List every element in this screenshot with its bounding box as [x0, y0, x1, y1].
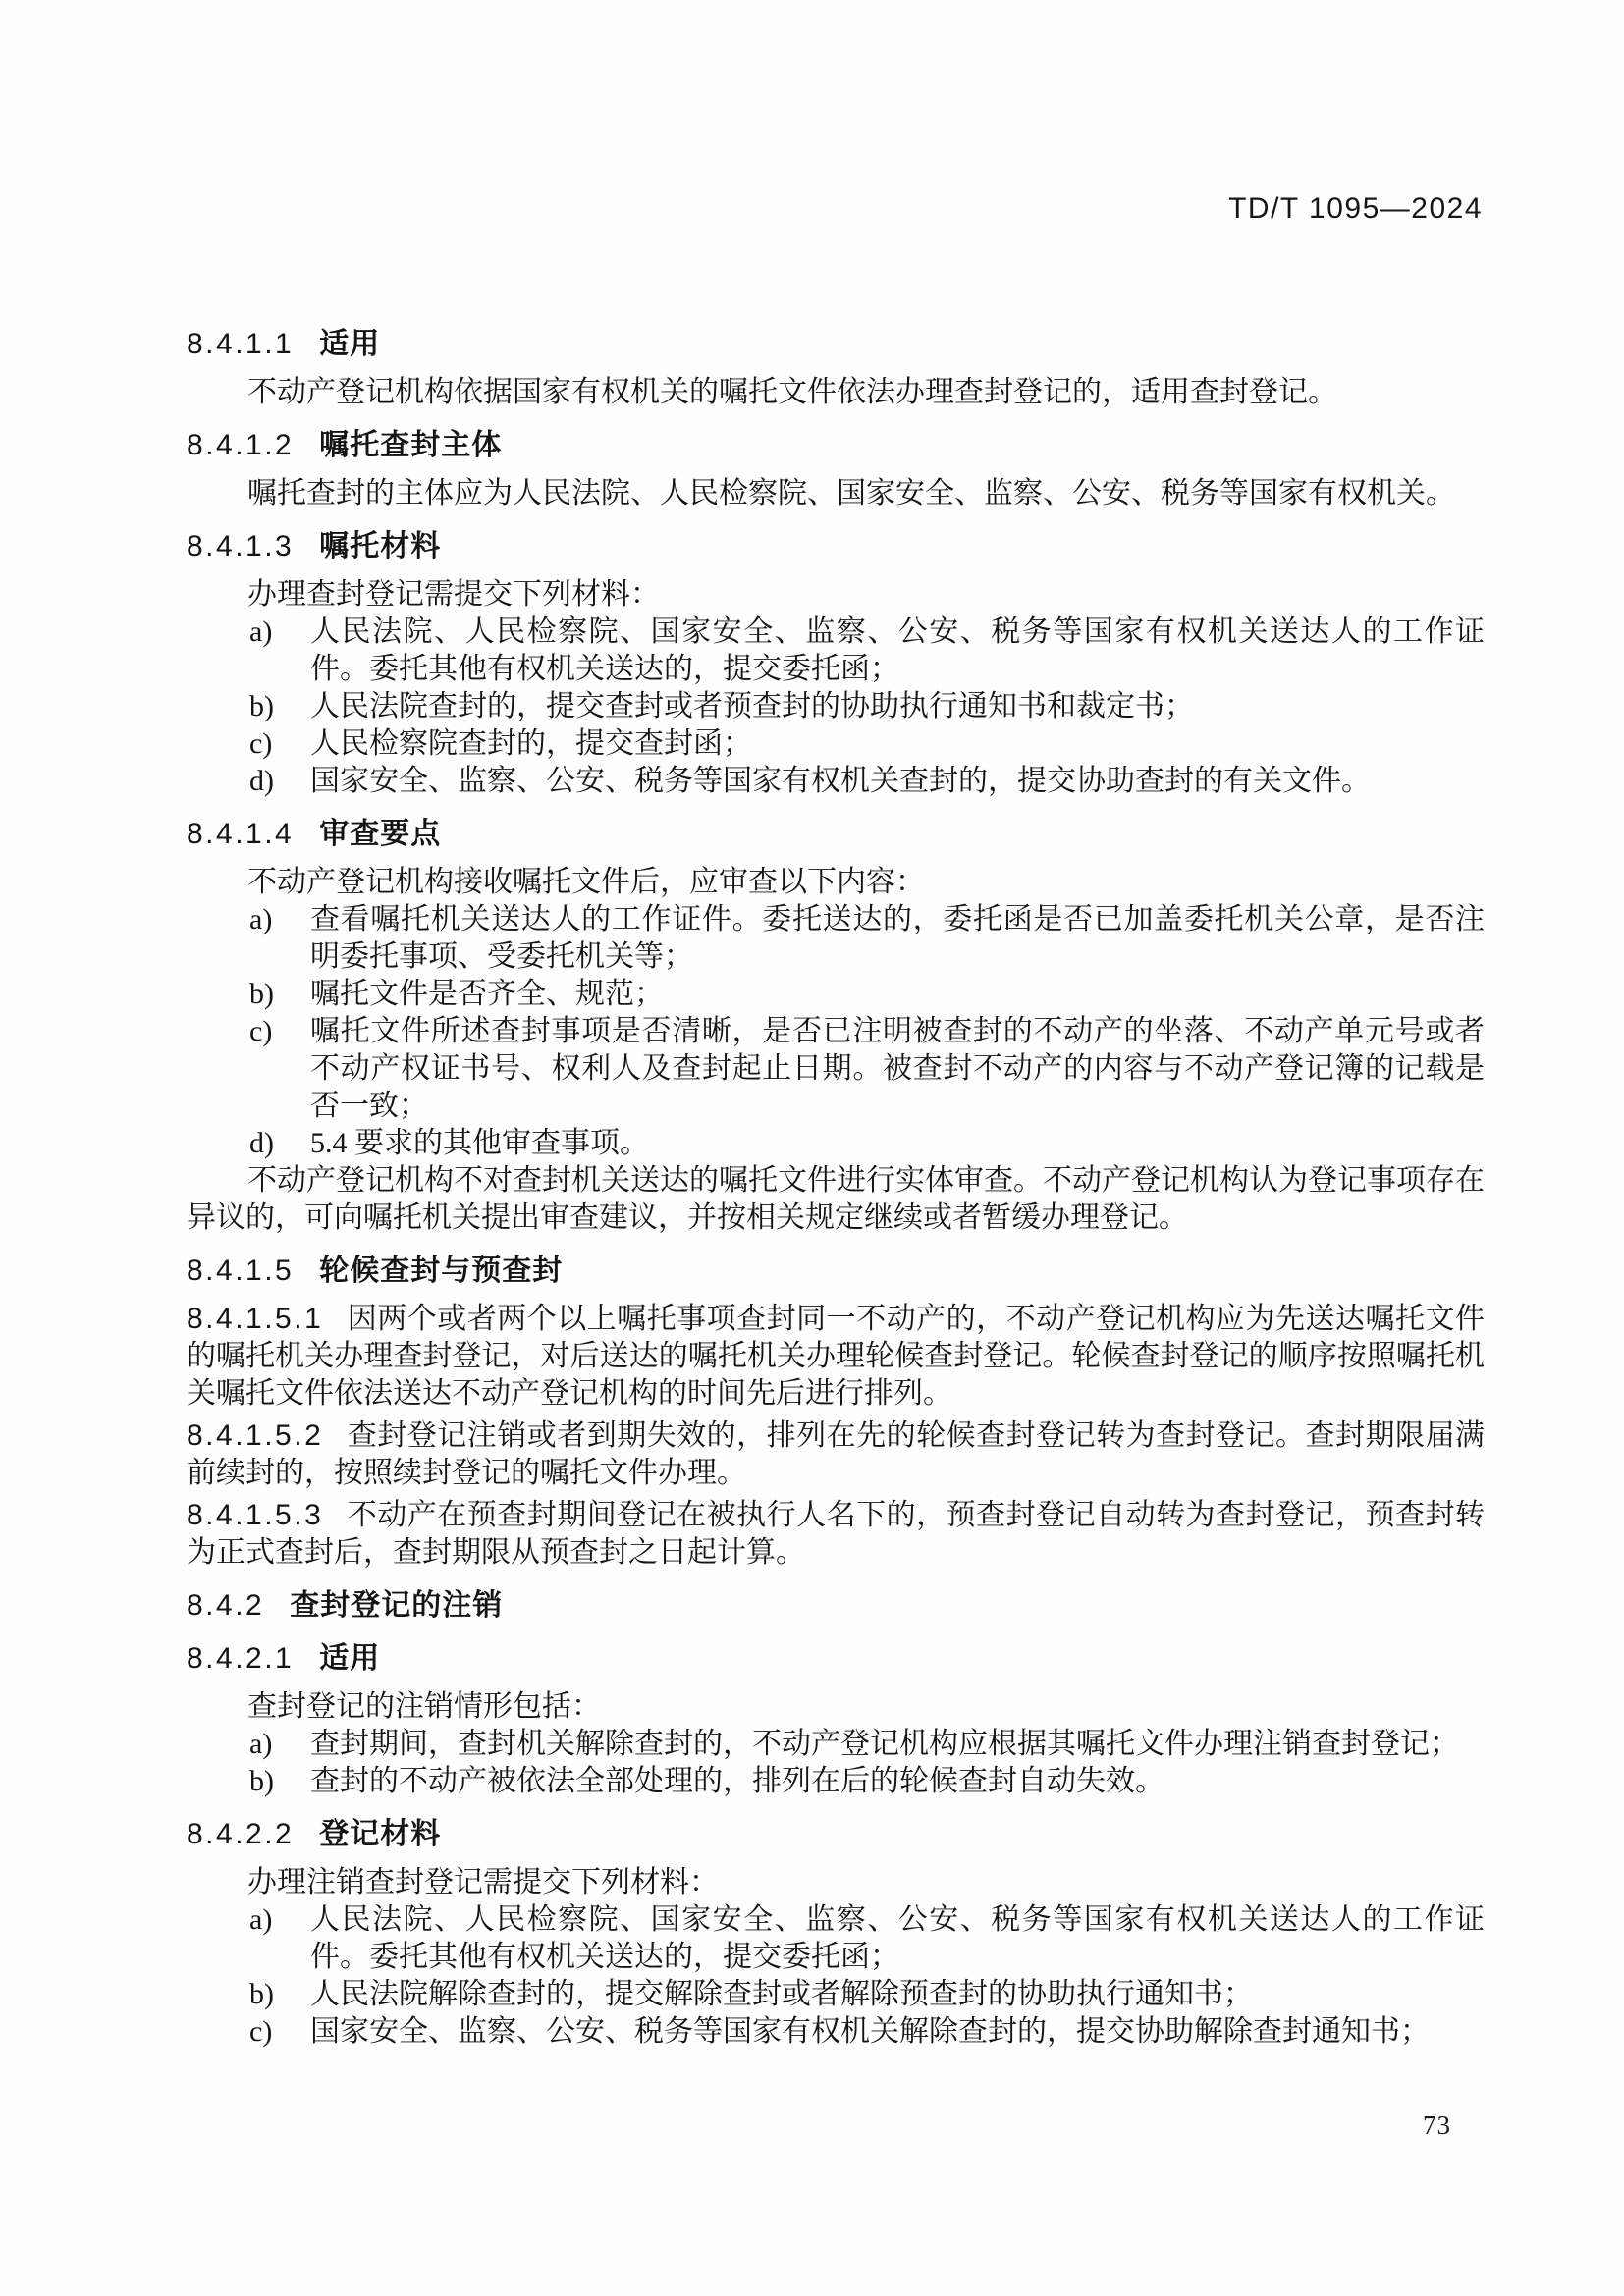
heading-8-4-2-2: 8.4.2.2登记材料 [187, 1816, 1485, 1853]
list-item-text: 人民检察院查封的，提交查封函； [310, 725, 1485, 763]
list-item-marker: a) [249, 1901, 310, 1976]
list-item-text: 人民法院查封的，提交查封或者预查封的协助执行通知书和裁定书； [310, 688, 1485, 725]
list-item-text: 人民法院解除查封的，提交解除查封或者解除预查封的协助执行通知书； [310, 1976, 1485, 2013]
clause-title: 查封登记的注销 [290, 1589, 503, 1622]
list-item-text: 5.4 要求的其他审查事项。 [310, 1125, 1485, 1162]
clause-number: 8.4.1.4 [187, 818, 294, 850]
list-item: c)嘱托文件所述查封事项是否清晰，是否已注明被查封的不动产的坐落、不动产单元号或… [249, 1013, 1485, 1125]
page-number: 73 [1423, 2110, 1451, 2141]
list-item-marker: d) [249, 763, 310, 800]
list-item: c)国家安全、监察、公安、税务等国家有权机关解除查封的，提交协助解除查封通知书； [249, 2013, 1485, 2051]
paragraph: 不动产登记机构依据国家有权机关的嘱托文件依法办理查封登记的，适用查封登记。 [187, 374, 1485, 411]
list-item-marker: b) [249, 1976, 310, 2013]
list-item: b)人民法院解除查封的，提交解除查封或者解除预查封的协助执行通知书； [249, 1976, 1485, 2013]
clause-text: 不动产在预查封期间登记在被执行人名下的，预查封登记自动转为查封登记，预查封转为正… [187, 1499, 1485, 1569]
list-item-marker: b) [249, 688, 310, 725]
clause-number: 8.4.1.2 [187, 429, 294, 461]
clause-number: 8.4.1.5.1 [187, 1303, 323, 1335]
clause-8-4-1-5-1: 8.4.1.5.1因两个或者两个以上嘱托事项查封同一不动产的，不动产登记机构应为… [187, 1301, 1485, 1413]
clause-title: 适用 [319, 328, 380, 360]
review-list: a)查看嘱托机关送达人的工作证件。委托送达的，委托函是否已加盖委托机关公章，是否… [187, 901, 1485, 1162]
list-item-marker: b) [249, 1763, 310, 1800]
list-item-text: 查看嘱托机关送达人的工作证件。委托送达的，委托函是否已加盖委托机关公章，是否注明… [310, 901, 1485, 976]
list-item-marker: c) [249, 2013, 310, 2051]
clause-number: 8.4.2 [187, 1589, 264, 1622]
clause-text: 因两个或者两个以上嘱托事项查封同一不动产的，不动产登记机构应为先送达嘱托文件的嘱… [187, 1303, 1485, 1410]
list-item-marker: d) [249, 1125, 310, 1162]
paragraph: 办理注销查封登记需提交下列材料： [187, 1864, 1485, 1901]
paragraph: 办理查封登记需提交下列材料： [187, 576, 1485, 614]
cancellation-list: a)查封期间，查封机关解除查封的，不动产登记机构应根据其嘱托文件办理注销查封登记… [187, 1726, 1485, 1800]
list-item-text: 人民法院、人民检察院、国家安全、监察、公安、税务等国家有权机关送达人的工作证件。… [310, 1901, 1485, 1976]
list-item-text: 国家安全、监察、公安、税务等国家有权机关查封的，提交协助查封的有关文件。 [310, 763, 1485, 800]
list-item-marker: c) [249, 725, 310, 763]
clause-number: 8.4.2.2 [187, 1818, 294, 1850]
list-item: c)人民检察院查封的，提交查封函； [249, 725, 1485, 763]
clause-title: 嘱托查封主体 [319, 429, 502, 461]
list-item-text: 国家安全、监察、公安、税务等国家有权机关解除查封的，提交协助解除查封通知书； [310, 2013, 1485, 2051]
clause-number: 8.4.1.5.3 [187, 1499, 323, 1531]
paragraph: 不动产登记机构接收嘱托文件后，应审查以下内容： [187, 864, 1485, 901]
paragraph: 查封登记的注销情形包括： [187, 1688, 1485, 1726]
list-item: a)查封期间，查封机关解除查封的，不动产登记机构应根据其嘱托文件办理注销查封登记… [249, 1726, 1485, 1763]
cancellation-material-list: a)人民法院、人民检察院、国家安全、监察、公安、税务等国家有权机关送达人的工作证… [187, 1901, 1485, 2051]
heading-8-4-1-2: 8.4.1.2嘱托查封主体 [187, 427, 1485, 464]
heading-8-4-1-3: 8.4.1.3嘱托材料 [187, 528, 1485, 565]
clause-title: 轮候查封与预查封 [319, 1255, 563, 1287]
list-item: b)嘱托文件是否齐全、规范； [249, 976, 1485, 1013]
clause-text: 查封登记注销或者到期失效的，排列在先的轮候查封登记转为查封登记。查封期限届满前续… [187, 1419, 1485, 1489]
list-item: a)人民法院、人民检察院、国家安全、监察、公安、税务等国家有权机关送达人的工作证… [249, 614, 1485, 688]
clause-number: 8.4.2.1 [187, 1642, 294, 1675]
material-list: a)人民法院、人民检察院、国家安全、监察、公安、税务等国家有权机关送达人的工作证… [187, 614, 1485, 800]
list-item: a)查看嘱托机关送达人的工作证件。委托送达的，委托函是否已加盖委托机关公章，是否… [249, 901, 1485, 976]
heading-8-4-2-1: 8.4.2.1适用 [187, 1640, 1485, 1678]
list-item-marker: a) [249, 1726, 310, 1763]
list-item-text: 查封期间，查封机关解除查封的，不动产登记机构应根据其嘱托文件办理注销查封登记； [310, 1726, 1485, 1763]
document-page: TD/T 1095—2024 8.4.1.1适用 不动产登记机构依据国家有权机关… [0, 0, 1624, 2296]
list-item-text: 嘱托文件是否齐全、规范； [310, 976, 1485, 1013]
paragraph: 不动产登记机构不对查封机关送达的嘱托文件进行实体审查。不动产登记机构认为登记事项… [187, 1162, 1485, 1237]
heading-8-4-1-5: 8.4.1.5轮候查封与预查封 [187, 1253, 1485, 1290]
list-item: b)人民法院查封的，提交查封或者预查封的协助执行通知书和裁定书； [249, 688, 1485, 725]
clause-title: 审查要点 [319, 818, 441, 850]
clause-number: 8.4.1.5.2 [187, 1419, 323, 1452]
standard-number-header: TD/T 1095—2024 [1228, 192, 1483, 226]
clause-8-4-1-5-3: 8.4.1.5.3不动产在预查封期间登记在被执行人名下的，预查封登记自动转为查封… [187, 1497, 1485, 1572]
clause-title: 适用 [319, 1642, 380, 1675]
heading-8-4-1-4: 8.4.1.4审查要点 [187, 816, 1485, 853]
clause-title: 登记材料 [319, 1818, 441, 1850]
clause-number: 8.4.1.3 [187, 530, 294, 562]
list-item-marker: a) [249, 614, 310, 688]
clause-number: 8.4.1.5 [187, 1255, 294, 1287]
list-item-marker: b) [249, 976, 310, 1013]
document-body: 8.4.1.1适用 不动产登记机构依据国家有权机关的嘱托文件依法办理查封登记的，… [187, 294, 1485, 2051]
clause-8-4-1-5-2: 8.4.1.5.2查封登记注销或者到期失效的，排列在先的轮候查封登记转为查封登记… [187, 1417, 1485, 1492]
list-item: a)人民法院、人民检察院、国家安全、监察、公安、税务等国家有权机关送达人的工作证… [249, 1901, 1485, 1976]
list-item-text: 人民法院、人民检察院、国家安全、监察、公安、税务等国家有权机关送达人的工作证件。… [310, 614, 1485, 688]
clause-number: 8.4.1.1 [187, 328, 294, 360]
list-item: b)查封的不动产被依法全部处理的，排列在后的轮候查封自动失效。 [249, 1763, 1485, 1800]
list-item-marker: a) [249, 901, 310, 976]
heading-8-4-1-1: 8.4.1.1适用 [187, 326, 1485, 363]
list-item-marker: c) [249, 1013, 310, 1125]
clause-title: 嘱托材料 [319, 530, 441, 562]
list-item: d)5.4 要求的其他审查事项。 [249, 1125, 1485, 1162]
list-item-text: 查封的不动产被依法全部处理的，排列在后的轮候查封自动失效。 [310, 1763, 1485, 1800]
heading-8-4-2: 8.4.2查封登记的注销 [187, 1587, 1485, 1625]
list-item: d)国家安全、监察、公安、税务等国家有权机关查封的，提交协助查封的有关文件。 [249, 763, 1485, 800]
paragraph: 嘱托查封的主体应为人民法院、人民检察院、国家安全、监察、公安、税务等国家有权机关… [187, 475, 1485, 512]
list-item-text: 嘱托文件所述查封事项是否清晰，是否已注明被查封的不动产的坐落、不动产单元号或者不… [310, 1013, 1485, 1125]
